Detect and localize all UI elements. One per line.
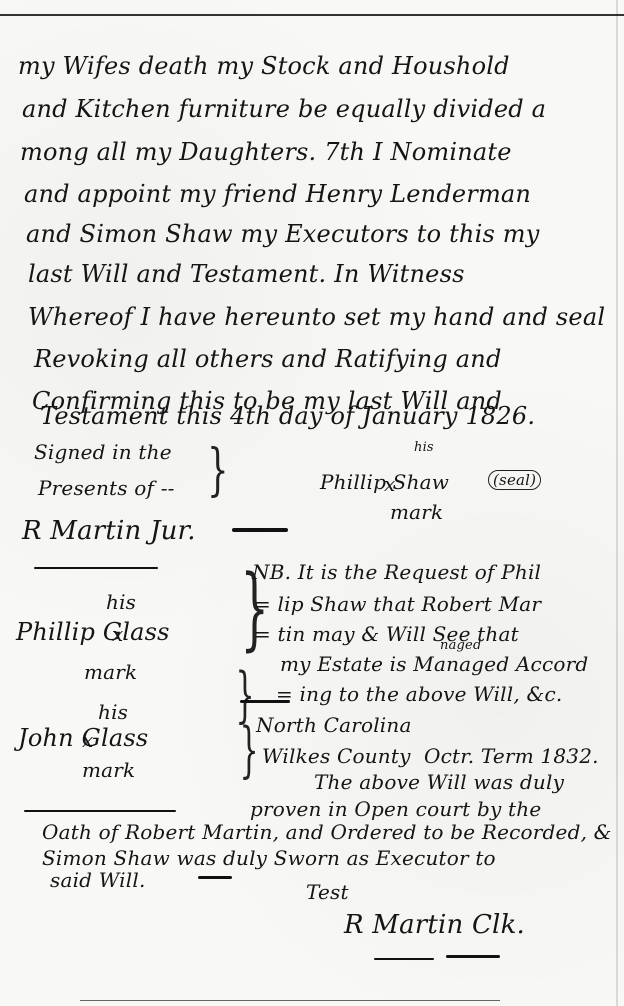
testator-seal: (seal)	[488, 470, 541, 490]
clerk-signature: R Martin Clk.	[344, 910, 525, 940]
nb-insertion: naged	[440, 638, 481, 653]
body-line-3: mong all my Daughters. 7th I Nominate	[20, 138, 512, 166]
clerk-underline-2	[446, 955, 500, 958]
glass2-his-label: his	[98, 700, 128, 724]
bottom-edge-rule	[80, 1000, 500, 1001]
testator-mark-label: mark	[390, 500, 443, 524]
nb-line-4: my Estate is Managed Accord	[280, 652, 588, 676]
flourish-stroke	[232, 528, 288, 532]
nb-line-1: NB. It is the Request of Phil	[252, 560, 541, 584]
glass2-underline	[24, 810, 176, 812]
body-line-6: last Will and Testament. In Witness	[28, 260, 465, 288]
body-line-8: Revoking all others and Ratifying and	[34, 345, 502, 373]
nb-line-5: = ing to the above Will, &c.	[276, 682, 562, 706]
testator-mark-symbol: x	[384, 472, 395, 496]
page-edge-shadow	[616, 0, 618, 1006]
witness-label-line2: Presents of --	[38, 476, 175, 500]
probate-term: Octr. Term 1832.	[424, 744, 599, 768]
body-line-4: and appoint my friend Henry Lenderman	[24, 180, 531, 208]
testator-his-label: his	[414, 440, 434, 455]
body-line-1: my Wifes death my Stock and Houshold	[18, 52, 510, 80]
probate-county: Wilkes County	[262, 744, 411, 768]
probate-line-1: The above Will was duly	[314, 770, 564, 794]
body-line-7: Whereof I have hereunto set my hand and …	[28, 303, 605, 331]
glass1-mark-label: mark	[84, 660, 137, 684]
brace-tail-stroke	[240, 700, 290, 703]
said-will-stroke	[198, 876, 232, 879]
probate-line-3: Oath of Robert Martin, and Ordered to be…	[42, 820, 612, 844]
glass1-his-label: his	[106, 590, 136, 614]
top-edge-rule	[0, 14, 624, 16]
witness-label-line1: Signed in the	[34, 440, 172, 464]
witness-brace: }	[207, 438, 228, 503]
body-line-5: and Simon Shaw my Executors to this my	[26, 220, 540, 248]
probate-line-2: proven in Open court by the	[250, 797, 541, 821]
body-line-2: and Kitchen furniture be equally divided…	[22, 95, 546, 123]
probate-line-4: Simon Shaw was duly Sworn as Executor to	[42, 846, 496, 870]
clerk-underline-1	[374, 958, 434, 960]
test-label: Test	[306, 880, 349, 904]
nb-line-2: = lip Shaw that Robert Mar	[254, 592, 541, 616]
glass1-name: Phillip Glass	[16, 618, 170, 646]
body-line-10: Testament this 4th day of January 1826.	[40, 402, 535, 430]
glass2-mark-symbol: x	[82, 728, 93, 752]
underline-stroke	[34, 567, 158, 569]
witness-signature-r-martin: R Martin Jur.	[22, 516, 196, 546]
glass1-mark-symbol: x	[112, 622, 123, 646]
glass2-mark-label: mark	[82, 758, 135, 782]
probate-state: North Carolina	[256, 713, 412, 737]
document-page: my Wifes death my Stock and Houshold and…	[0, 0, 624, 1006]
probate-line-5: said Will.	[50, 868, 146, 892]
